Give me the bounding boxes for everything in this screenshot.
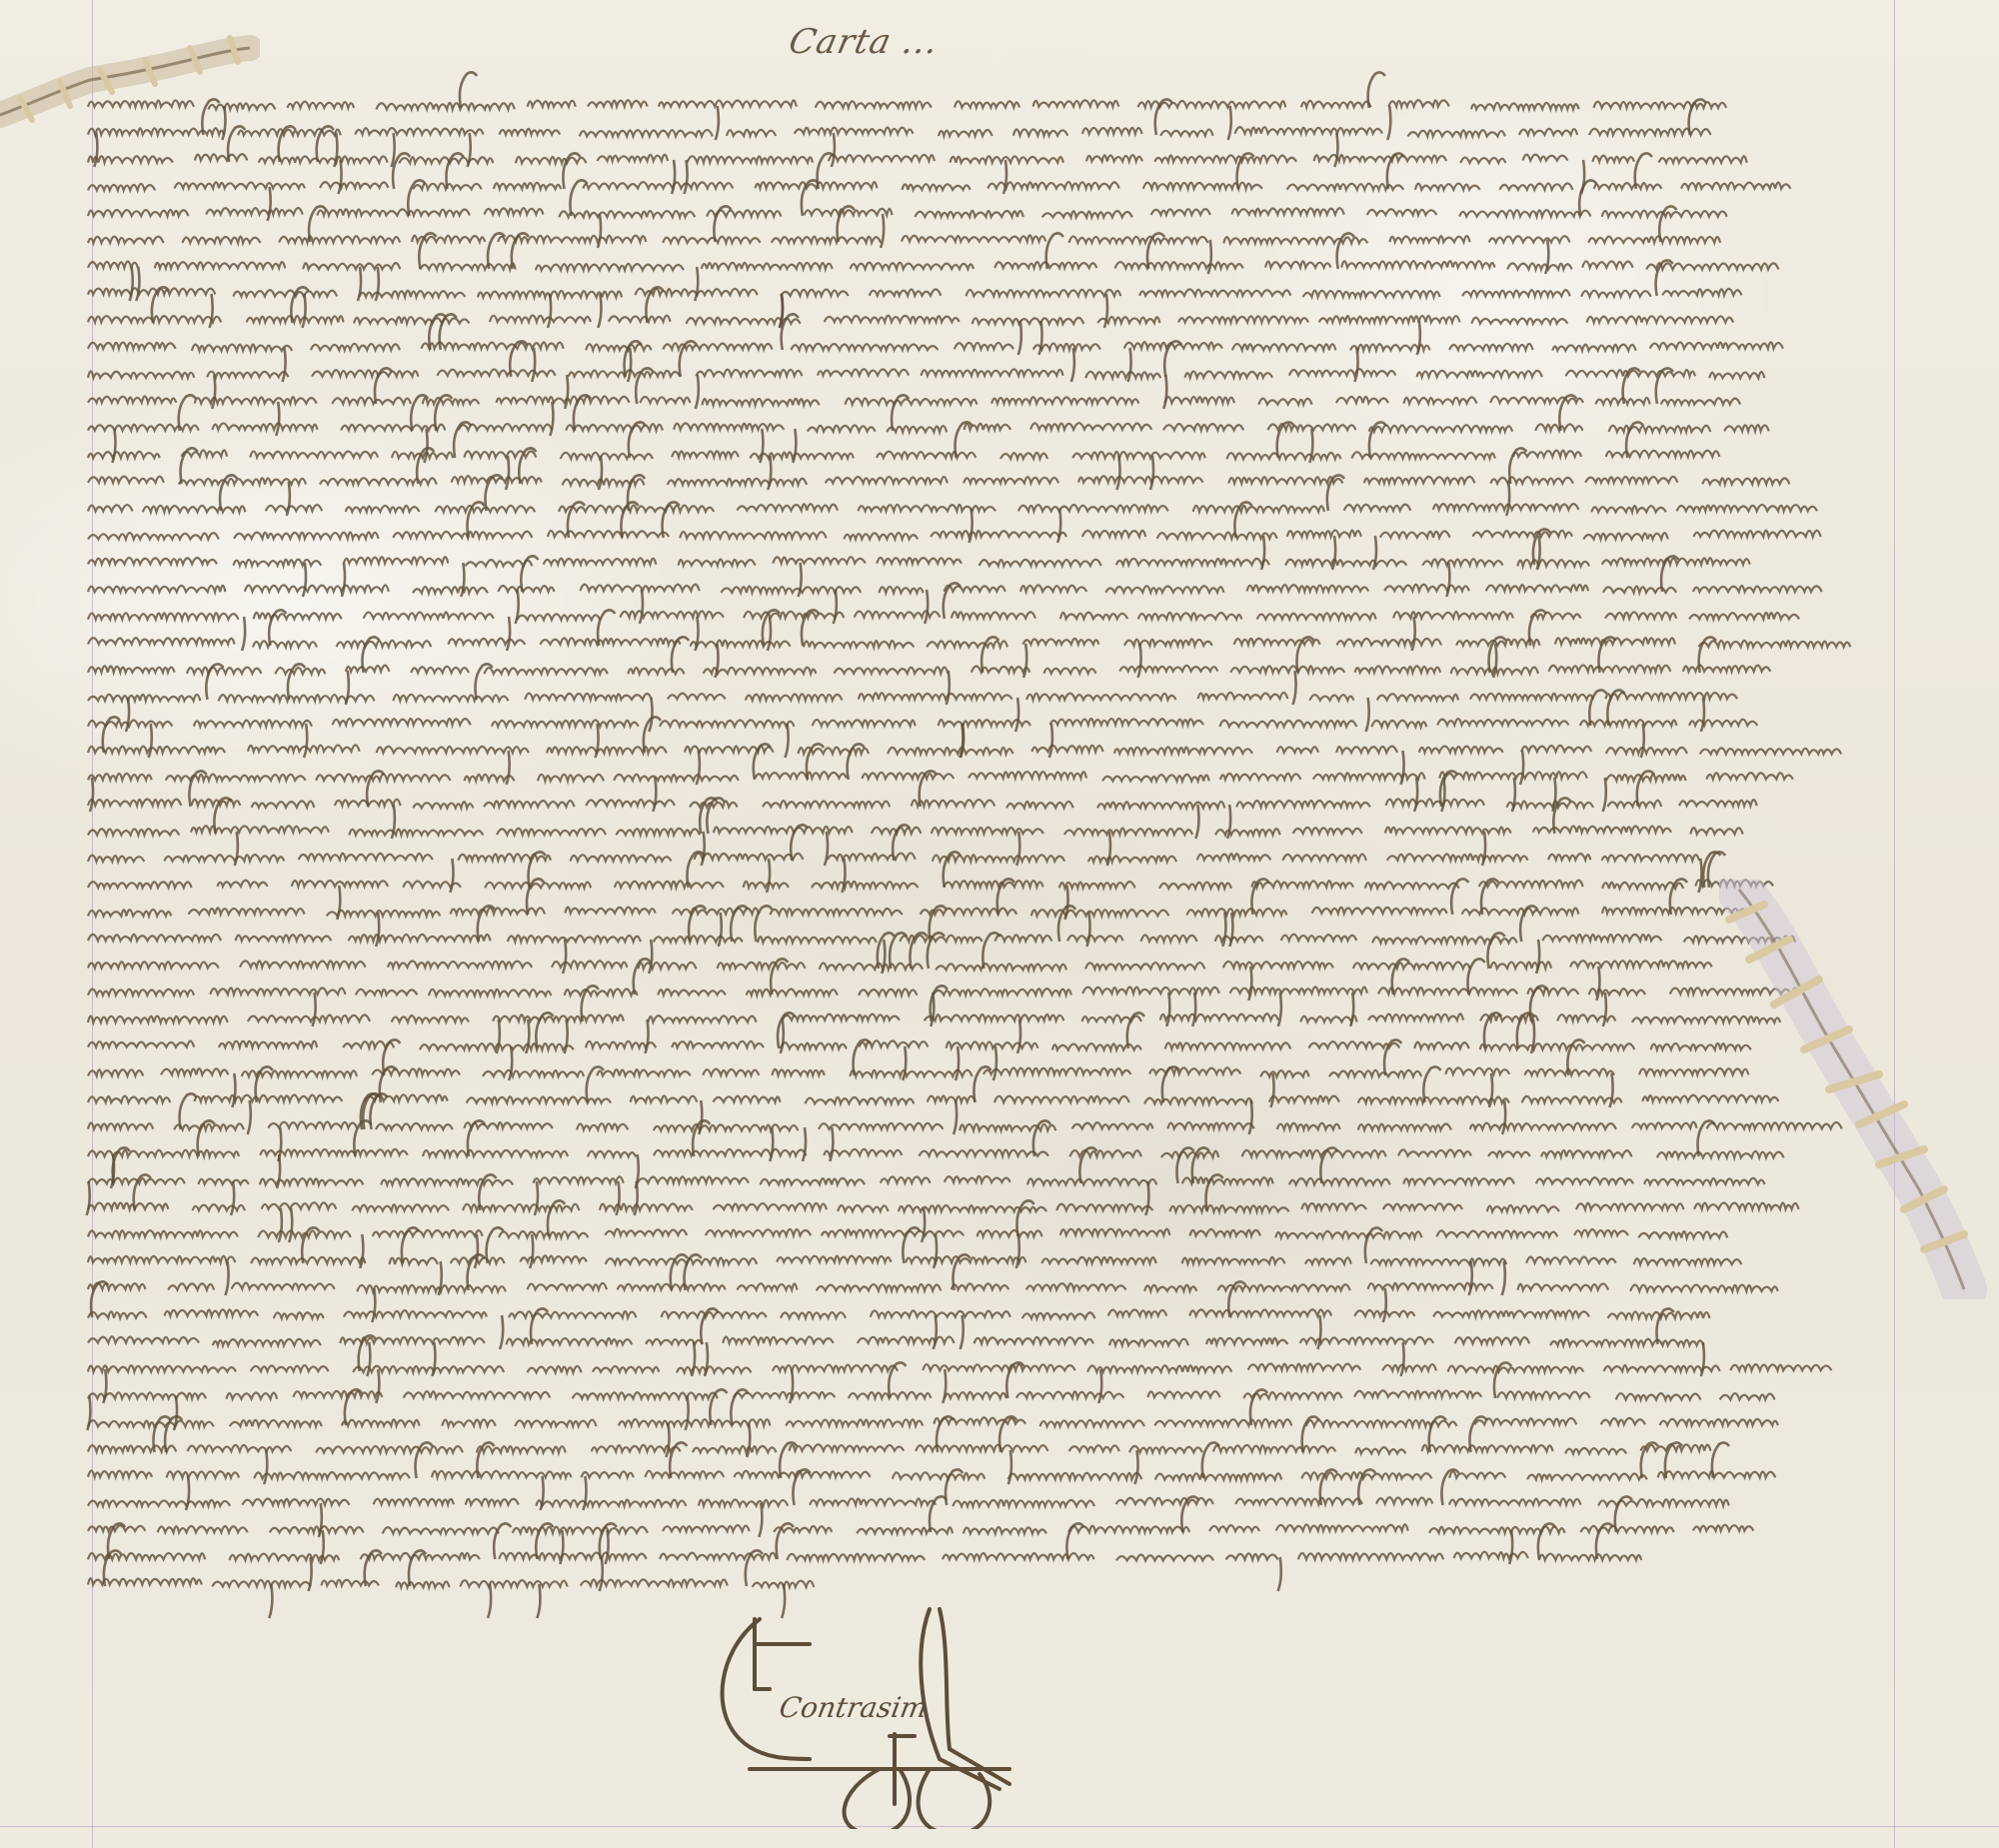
script-line [88, 1059, 1747, 1086]
script-line [88, 845, 1747, 872]
script-line [88, 630, 1747, 657]
script-line [88, 710, 1747, 737]
script-line [88, 361, 1747, 388]
script-line [88, 1194, 1747, 1221]
script-line [88, 1543, 1747, 1570]
script-line [88, 1301, 1747, 1328]
script-line [88, 280, 1747, 307]
script-line [88, 925, 1747, 952]
stitched-repair-top-left [0, 20, 260, 130]
document-heading: Carta ... [786, 22, 943, 62]
script-line [88, 1382, 1747, 1409]
script-line [88, 334, 1747, 361]
script-line [88, 92, 1747, 119]
script-line [88, 1274, 1747, 1301]
script-line [88, 1167, 1747, 1194]
script-line [88, 200, 1747, 227]
script-line [88, 737, 1747, 764]
script-line [88, 1328, 1747, 1355]
script-line [88, 684, 1747, 711]
script-line [88, 1436, 1747, 1463]
script-line [88, 899, 1747, 925]
script-line [88, 1113, 1747, 1140]
script-line [88, 1086, 1747, 1113]
script-line [88, 549, 1747, 576]
heading-text: Carta ... [786, 22, 943, 62]
script-line [88, 442, 1747, 469]
script-line [88, 1247, 1747, 1274]
script-line [88, 952, 1747, 979]
script-line [88, 1005, 1747, 1032]
script-line [88, 1516, 1747, 1543]
script-line [88, 1032, 1747, 1059]
script-line [88, 415, 1747, 442]
script-line [88, 818, 1747, 845]
script-line [88, 1220, 1747, 1247]
script-line [88, 1462, 1747, 1489]
charter-body-text [88, 92, 1747, 1597]
script-line [88, 253, 1747, 280]
script-line [88, 1489, 1747, 1516]
script-line [88, 468, 1747, 495]
script-line [88, 791, 1747, 818]
script-line [88, 119, 1747, 146]
script-line [88, 307, 1747, 334]
script-line [88, 576, 1747, 603]
script-line [88, 388, 1747, 415]
script-line [88, 146, 1747, 173]
script-line [88, 173, 1747, 200]
stitched-repair-right [1719, 880, 1999, 1299]
script-line [88, 1140, 1747, 1167]
script-line [88, 522, 1747, 549]
script-line [88, 603, 1747, 630]
closing-mark-label: Contrasim [777, 1691, 930, 1724]
script-line [88, 764, 1747, 791]
script-line [88, 226, 1747, 253]
script-line [88, 872, 1747, 899]
script-line [88, 1409, 1747, 1436]
script-line [88, 495, 1747, 522]
script-line [88, 657, 1747, 684]
script-line [88, 978, 1747, 1005]
